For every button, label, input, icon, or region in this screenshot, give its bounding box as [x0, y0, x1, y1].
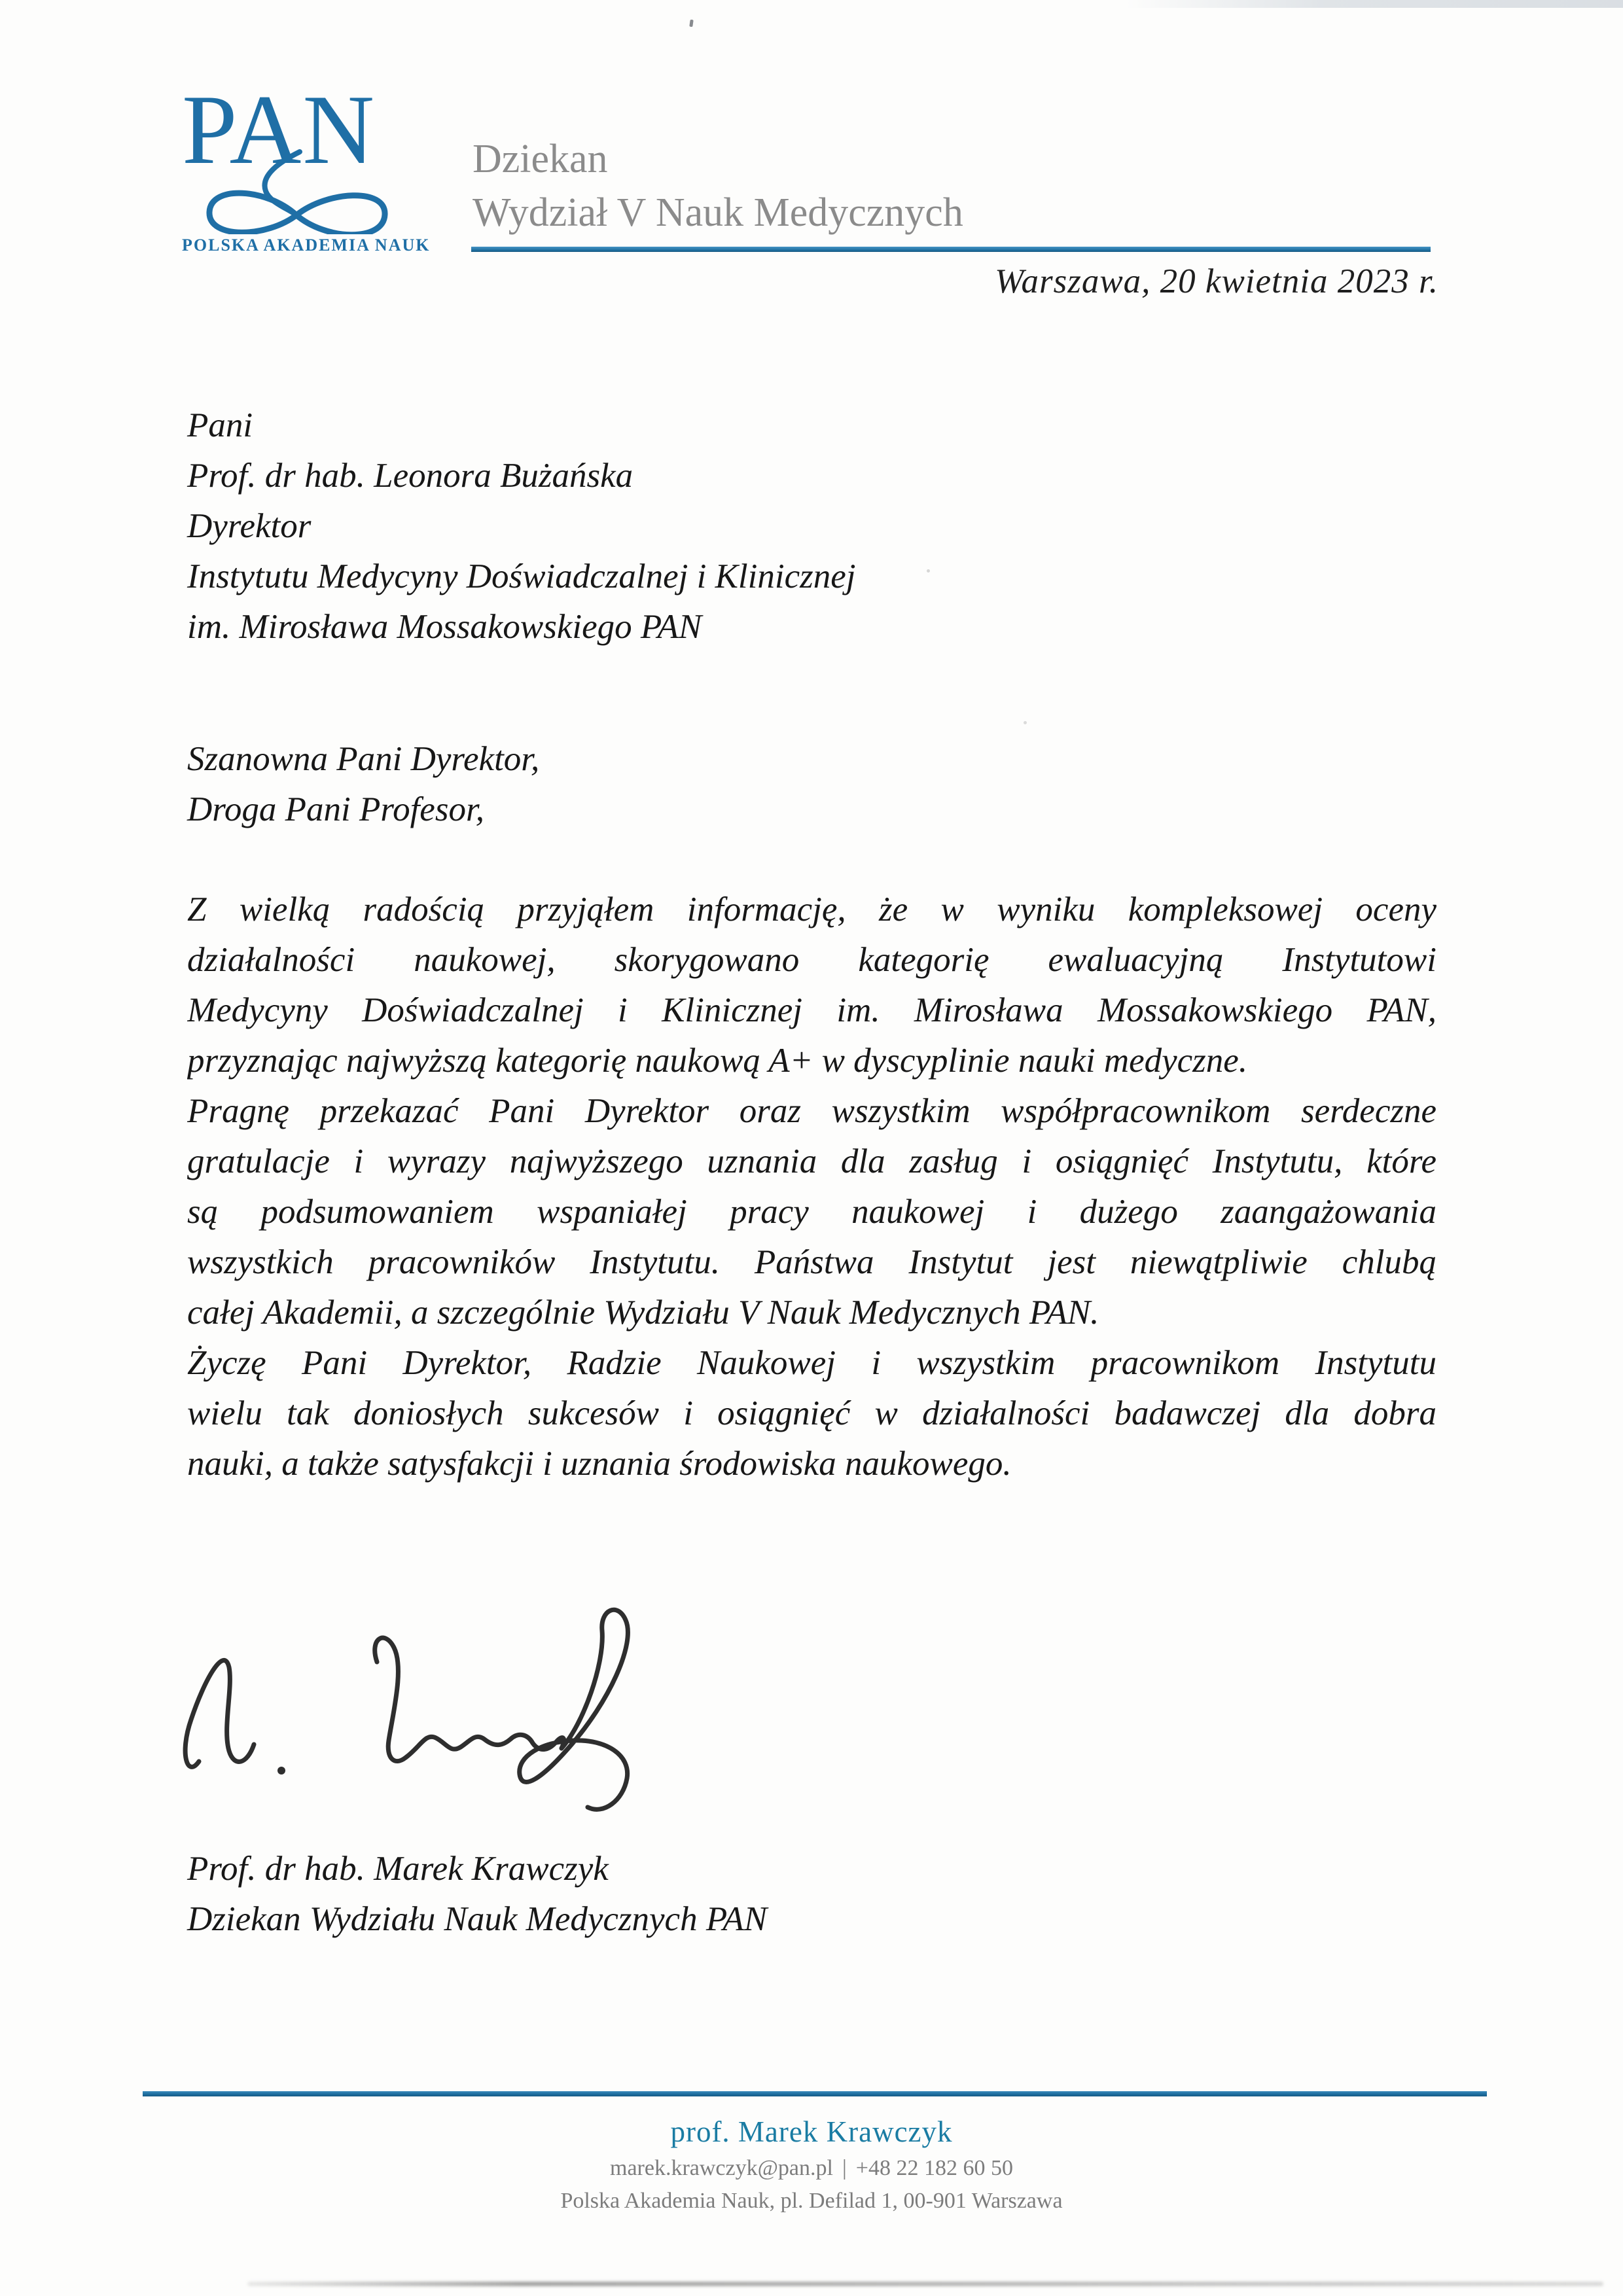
date-line: Warszawa, 20 kwietnia 2023 r.: [995, 262, 1438, 301]
letterhead-line-wydzial: Wydział V Nauk Medycznych: [473, 186, 963, 239]
letterhead-title: Dziekan Wydział V Nauk Medycznych: [473, 132, 963, 239]
scan-speck: [689, 20, 693, 27]
body-line: wszystkich pracowników Instytutu. Państw…: [187, 1237, 1436, 1288]
footer-contact: marek.krawczyk@pan.pl|+48 22 182 60 50: [0, 2154, 1623, 2183]
body-line: gratulacje i wyrazy najwyższego uznania …: [187, 1137, 1436, 1187]
footer-phone: +48 22 182 60 50: [856, 2156, 1013, 2180]
body-line: Z wielką radością przyjąłem informację, …: [187, 885, 1436, 935]
footer-email: marek.krawczyk@pan.pl: [610, 2156, 833, 2180]
addressee-line: Instytutu Medycyny Doświadczalnej i Klin…: [187, 552, 856, 602]
letterhead-line-dziekan: Dziekan: [473, 132, 963, 186]
body-line: całej Akademii, a szczególnie Wydziału V…: [187, 1288, 1436, 1338]
footer-address: Polska Akademia Nauk, pl. Defilad 1, 00-…: [0, 2187, 1623, 2216]
scan-smudge-top: [1126, 0, 1623, 8]
pan-logo-subtitle: POLSKA AKADEMIA NAUK: [182, 236, 408, 255]
footer-separator: |: [833, 2156, 856, 2180]
body-line: Pragnę przekazać Pani Dyrektor oraz wszy…: [187, 1086, 1436, 1137]
body-line: działalności naukowej, skorygowano kateg…: [187, 935, 1436, 985]
footer-rule: [143, 2091, 1487, 2096]
body-line: są podsumowaniem wspaniałej pracy naukow…: [187, 1187, 1436, 1237]
letterhead-rule: [471, 247, 1431, 252]
salutation-line: Droga Pani Profesor,: [187, 785, 539, 835]
body-line: Medycyny Doświadczalnej i Klinicznej im.…: [187, 985, 1436, 1036]
scanned-letter-page: PAN POLSKA AKADEMIA NAUK Dziekan Wydział…: [0, 0, 1623, 2296]
pan-logo-acronym: PAN: [182, 80, 408, 179]
addressee-line: Dyrektor: [187, 501, 856, 552]
footer-block: prof. Marek Krawczyk marek.krawczyk@pan.…: [0, 2113, 1623, 2216]
body-line: nauki, a także satysfakcji i uznania śro…: [187, 1439, 1436, 1489]
pan-logo: PAN POLSKA AKADEMIA NAUK: [182, 80, 408, 255]
footer-name: prof. Marek Krawczyk: [0, 2113, 1623, 2150]
signer-block: Prof. dr hab. Marek Krawczyk Dziekan Wyd…: [187, 1844, 767, 1945]
addressee-line: Prof. dr hab. Leonora Bużańska: [187, 451, 856, 501]
scan-speck: [1024, 721, 1027, 724]
scan-smudge-bottom: [247, 2282, 1603, 2286]
body-line: Życzę Pani Dyrektor, Radzie Naukowej i w…: [187, 1338, 1436, 1388]
letter-body: Z wielką radością przyjąłem informację, …: [187, 885, 1436, 1489]
body-line: wielu tak doniosłych sukcesów i osiągnię…: [187, 1388, 1436, 1439]
addressee-line: Pani: [187, 400, 856, 451]
body-line: przyznając najwyższą kategorię naukową A…: [187, 1036, 1436, 1086]
salutation-block: Szanowna Pani Dyrektor, Droga Pani Profe…: [187, 734, 539, 835]
signer-name: Prof. dr hab. Marek Krawczyk: [187, 1844, 767, 1894]
scan-speck: [927, 569, 930, 573]
addressee-line: im. Mirosława Mossakowskiego PAN: [187, 602, 856, 652]
salutation-line: Szanowna Pani Dyrektor,: [187, 734, 539, 785]
signature-dot: [277, 1767, 285, 1775]
addressee-block: Pani Prof. dr hab. Leonora Bużańska Dyre…: [187, 400, 856, 652]
signer-title: Dziekan Wydziału Nauk Medycznych PAN: [187, 1894, 767, 1945]
handwritten-signature: [169, 1583, 692, 1826]
